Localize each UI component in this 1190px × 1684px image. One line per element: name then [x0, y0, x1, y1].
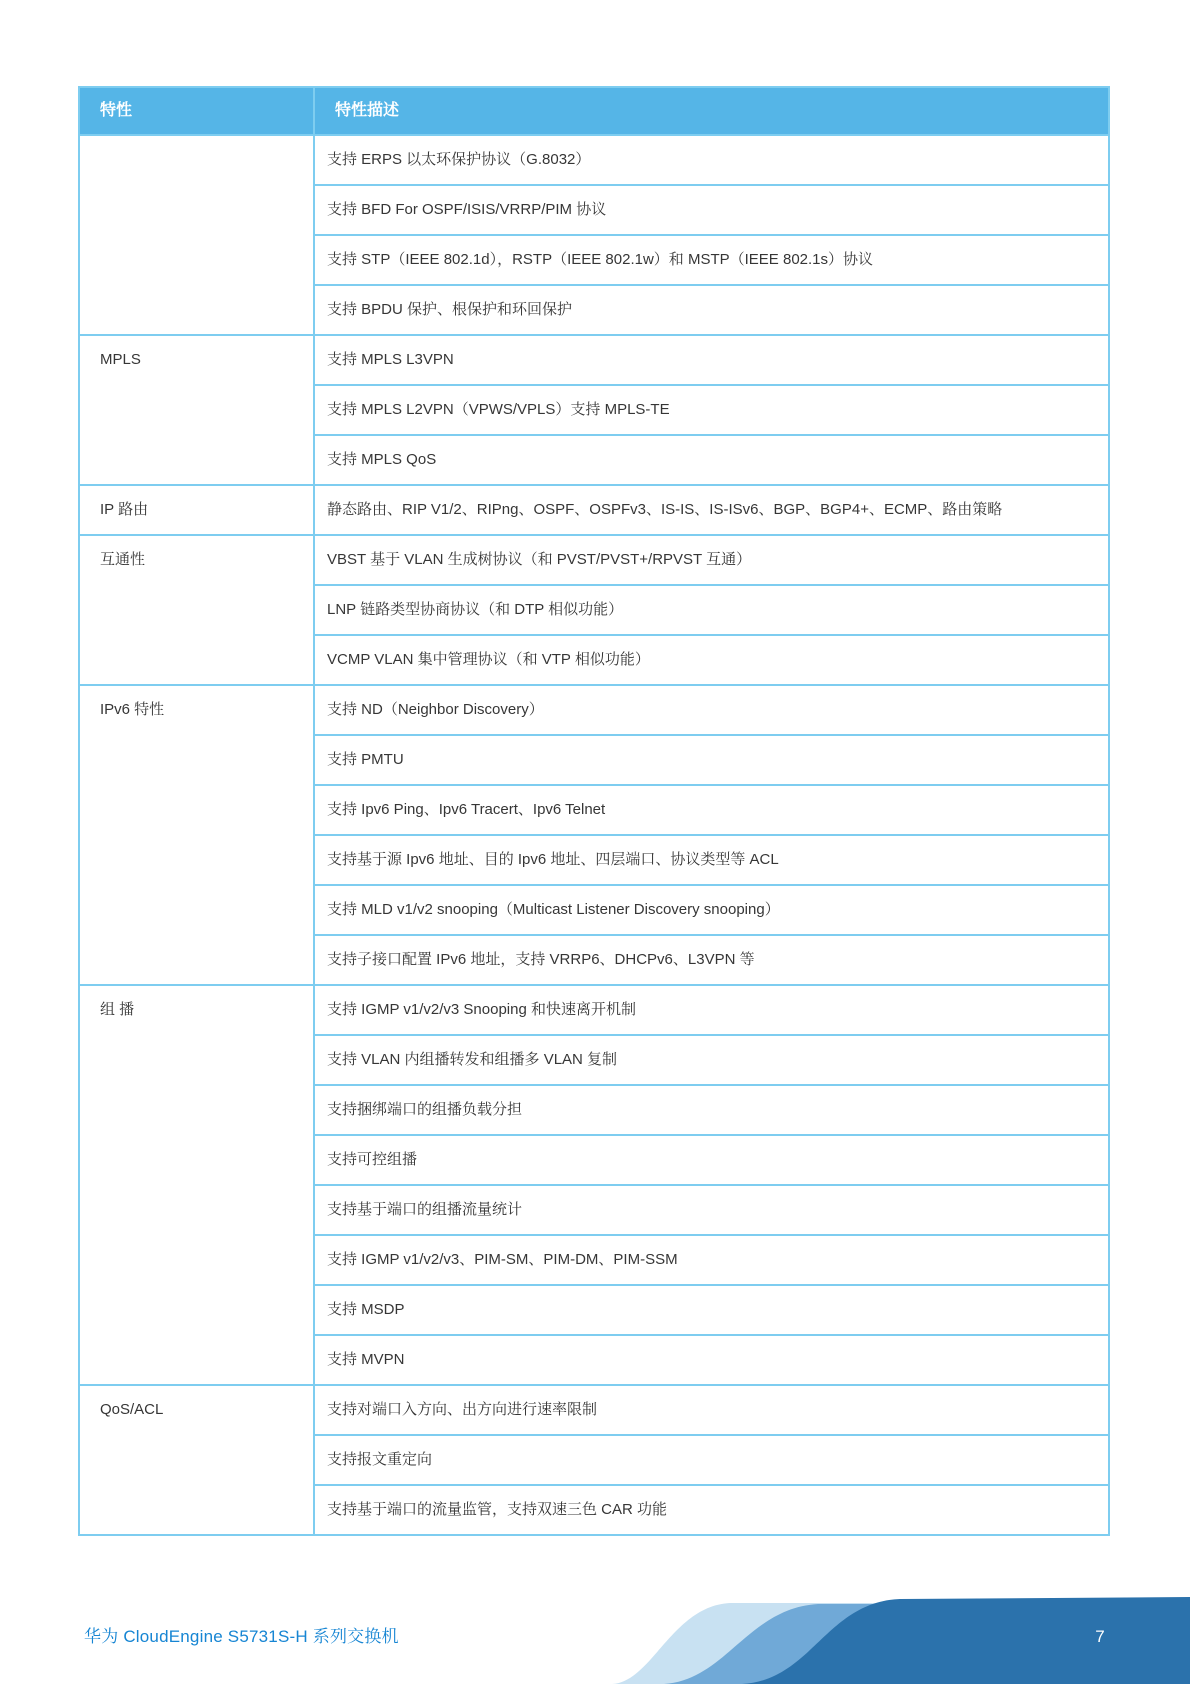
- feature-table-body: 支持 ERPS 以太环保护协议（G.8032）支持 BFD For OSPF/I…: [79, 135, 1109, 1535]
- feature-description-cell: 支持 ND（Neighbor Discovery）: [314, 685, 1109, 735]
- feature-category-cell: IPv6 特性: [79, 685, 314, 985]
- feature-table: 特性 特性描述 支持 ERPS 以太环保护协议（G.8032）支持 BFD Fo…: [78, 86, 1110, 1536]
- feature-category-cell: IP 路由: [79, 485, 314, 535]
- column-header-feature: 特性: [79, 87, 314, 135]
- feature-description-cell: 支持 PMTU: [314, 735, 1109, 785]
- feature-description-cell: 支持报文重定向: [314, 1435, 1109, 1485]
- feature-description-cell: 支持 MVPN: [314, 1335, 1109, 1385]
- feature-description-cell: VCMP VLAN 集中管理协议（和 VTP 相似功能）: [314, 635, 1109, 685]
- feature-description-cell: 支持 BPDU 保护、根保护和环回保护: [314, 285, 1109, 335]
- feature-category-cell: [79, 135, 314, 335]
- table-row: 组 播支持 IGMP v1/v2/v3 Snooping 和快速离开机制: [79, 985, 1109, 1035]
- column-header-feature-description: 特性描述: [314, 87, 1109, 135]
- feature-description-cell: 支持基于端口的流量监管，支持双速三色 CAR 功能: [314, 1485, 1109, 1535]
- table-row: QoS/ACL支持对端口入方向、出方向进行速率限制: [79, 1385, 1109, 1435]
- footer-product-title: 华为 CloudEngine S5731S-H 系列交换机: [84, 1622, 399, 1647]
- feature-category-cell: MPLS: [79, 335, 314, 485]
- feature-description-cell: 支持捆绑端口的组播负载分担: [314, 1085, 1109, 1135]
- feature-description-cell: 支持 MLD v1/v2 snooping（Multicast Listener…: [314, 885, 1109, 935]
- feature-description-cell: 支持 MPLS QoS: [314, 435, 1109, 485]
- table-header-row: 特性 特性描述: [79, 87, 1109, 135]
- feature-description-cell: 支持基于源 Ipv6 地址、目的 Ipv6 地址、四层端口、协议类型等 ACL: [314, 835, 1109, 885]
- feature-description-cell: 支持对端口入方向、出方向进行速率限制: [314, 1385, 1109, 1435]
- table-row: IPv6 特性支持 ND（Neighbor Discovery）: [79, 685, 1109, 735]
- feature-category-cell: QoS/ACL: [79, 1385, 314, 1535]
- feature-description-cell: 支持 BFD For OSPF/ISIS/VRRP/PIM 协议: [314, 185, 1109, 235]
- page-number: 7: [1082, 1627, 1118, 1647]
- feature-description-cell: 静态路由、RIP V1/2、RIPng、OSPF、OSPFv3、IS-IS、IS…: [314, 485, 1109, 535]
- feature-description-cell: 支持 MPLS L2VPN（VPWS/VPLS）支持 MPLS-TE: [314, 385, 1109, 435]
- feature-description-cell: 支持子接口配置 IPv6 地址，支持 VRRP6、DHCPv6、L3VPN 等: [314, 935, 1109, 985]
- feature-category-cell: 互通性: [79, 535, 314, 685]
- feature-description-cell: 支持基于端口的组播流量统计: [314, 1185, 1109, 1235]
- feature-category-cell: 组 播: [79, 985, 314, 1385]
- feature-description-cell: 支持可控组播: [314, 1135, 1109, 1185]
- feature-description-cell: 支持 MSDP: [314, 1285, 1109, 1335]
- feature-description-cell: 支持 IGMP v1/v2/v3 Snooping 和快速离开机制: [314, 985, 1109, 1035]
- feature-description-cell: VBST 基于 VLAN 生成树协议（和 PVST/PVST+/RPVST 互通…: [314, 535, 1109, 585]
- feature-description-cell: 支持 ERPS 以太环保护协议（G.8032）: [314, 135, 1109, 185]
- feature-description-cell: LNP 链路类型协商协议（和 DTP 相似功能）: [314, 585, 1109, 635]
- table-row: 支持 ERPS 以太环保护协议（G.8032）: [79, 135, 1109, 185]
- feature-description-cell: 支持 IGMP v1/v2/v3、PIM-SM、PIM-DM、PIM-SSM: [314, 1235, 1109, 1285]
- feature-description-cell: 支持 STP（IEEE 802.1d），RSTP（IEEE 802.1w）和 M…: [314, 235, 1109, 285]
- table-row: IP 路由静态路由、RIP V1/2、RIPng、OSPF、OSPFv3、IS-…: [79, 485, 1109, 535]
- feature-description-cell: 支持 MPLS L3VPN: [314, 335, 1109, 385]
- table-row: MPLS支持 MPLS L3VPN: [79, 335, 1109, 385]
- feature-description-cell: 支持 Ipv6 Ping、Ipv6 Tracert、Ipv6 Telnet: [314, 785, 1109, 835]
- feature-description-cell: 支持 VLAN 内组播转发和组播多 VLAN 复制: [314, 1035, 1109, 1085]
- table-row: 互通性VBST 基于 VLAN 生成树协议（和 PVST/PVST+/RPVST…: [79, 535, 1109, 585]
